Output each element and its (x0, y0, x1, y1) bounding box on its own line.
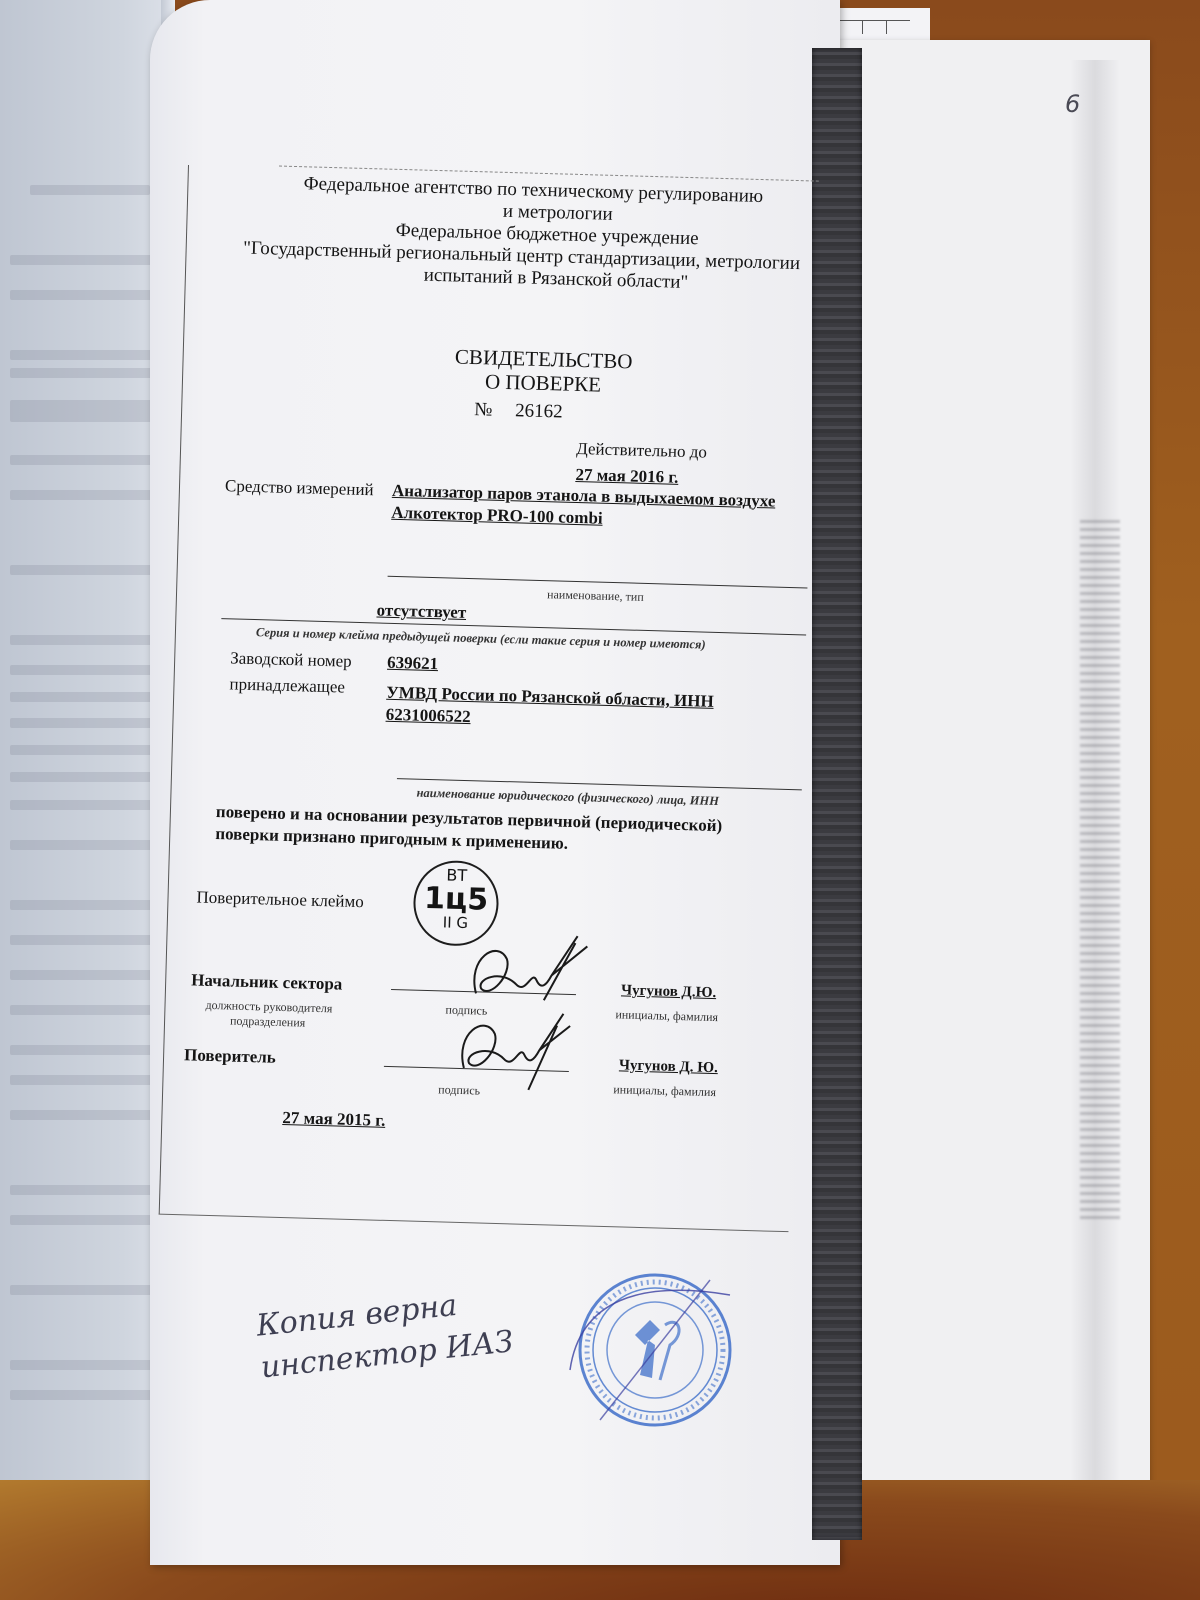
bleed-text-line (10, 692, 160, 702)
page-number: 6 (1065, 90, 1080, 118)
bleed-text-line (10, 400, 160, 422)
bleed-text-line (10, 1045, 160, 1055)
serial-value: 639621 (387, 653, 439, 674)
instrument-name-line-2: Алкотектор PRO-100 combi (391, 503, 603, 529)
validity: Действительно до 27 мая 2016 г. (575, 436, 707, 492)
bleed-text-line (10, 800, 160, 810)
facing-page (0, 0, 175, 1600)
verification-certificate: Федеральное агентство по техническому ре… (159, 165, 818, 1232)
bleed-text-line (10, 840, 160, 850)
binding-strip (812, 48, 862, 1540)
instrument-underline (388, 576, 808, 589)
verifier-name-caption: инициалы, фамилия (613, 1082, 716, 1100)
bleed-text-line (10, 1110, 160, 1120)
bleed-text-line (10, 772, 160, 782)
bleed-text-line (10, 290, 160, 300)
bleed-text-line (10, 1360, 160, 1370)
bleed-text-line (10, 255, 160, 265)
owner-label: принадлежащее (229, 674, 345, 697)
certificate-title: СВИДЕТЕЛЬСТВО О ПОВЕРКЕ (403, 343, 684, 399)
owner-line-2: 6231006522 (385, 705, 471, 727)
stamp-middle-code: 1ц5 (415, 884, 497, 916)
bleed-text-line (30, 185, 150, 195)
head-name: Чугунов Д.Ю. (621, 982, 717, 1002)
bleed-text-line (10, 1390, 160, 1400)
stamp-label: Поверительное клеймо (196, 888, 364, 913)
bleed-text-line (10, 635, 160, 645)
verifier-title: Поверитель (184, 1045, 276, 1068)
previous-mark-value: отсутствует (376, 600, 466, 622)
bleed-text-line (10, 900, 160, 910)
bleed-text-line (10, 665, 160, 675)
instrument-caption: наименование, тип (547, 587, 644, 605)
bleed-text-line (10, 1185, 160, 1195)
issuer-header: Федеральное агентство по техническому ре… (206, 171, 819, 298)
verifier-name: Чугунов Д. Ю. (619, 1057, 718, 1077)
bleed-text-line (10, 935, 160, 945)
bleed-text-line (10, 1215, 160, 1225)
head-title-caption-2: подразделения (230, 1014, 306, 1031)
certificate-number: № 26162 (474, 399, 563, 423)
head-name-caption: инициалы, фамилия (615, 1007, 718, 1025)
bleed-text-line (10, 970, 160, 980)
bleed-text-line (10, 368, 160, 378)
back-sheet: 6 (830, 40, 1150, 1530)
bleed-text-line (10, 745, 160, 755)
scan-smudge (1080, 520, 1120, 1220)
serial-label: Заводской номер (230, 648, 352, 671)
official-seal-icon (560, 1260, 740, 1440)
valid-until-label: Действительно до (576, 436, 707, 466)
bleed-text-line (10, 1005, 160, 1015)
bleed-text-line (10, 490, 160, 500)
head-of-sector-title: Начальник сектора (191, 970, 343, 994)
bleed-text-line (10, 718, 160, 728)
issue-date: 27 мая 2015 г. (282, 1108, 385, 1131)
bleed-text-line (10, 565, 160, 575)
owner-caption: наименование юридического (физического) … (416, 786, 719, 809)
instrument-label: Средство измерений (225, 476, 374, 500)
number-sign: № (474, 399, 493, 420)
number-value: 26162 (515, 400, 563, 422)
bleed-text-line (10, 1075, 160, 1085)
head-title-caption-1: должность руководителя (205, 998, 332, 1017)
verifier-signature-icon (443, 1003, 585, 1097)
bleed-text-line (10, 455, 160, 465)
bleed-text-line (10, 1285, 160, 1295)
bleed-text-line (10, 350, 160, 360)
